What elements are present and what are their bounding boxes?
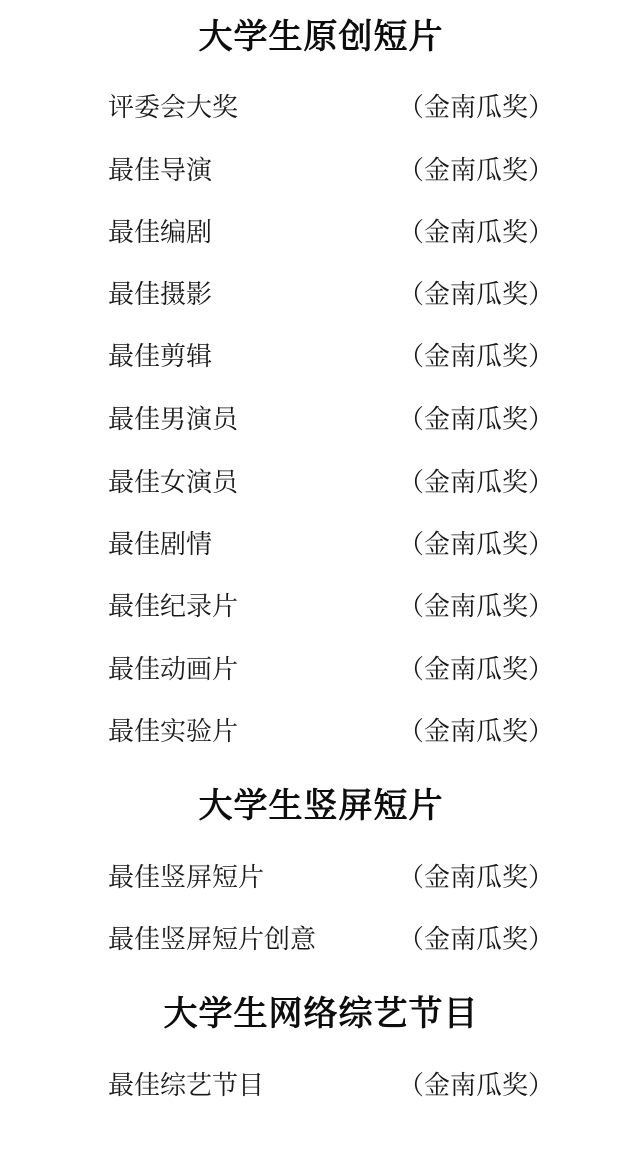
award-row: 最佳动画片 （金南瓜奖） bbox=[0, 652, 642, 688]
award-name: 最佳导演 bbox=[108, 153, 212, 189]
award-tag: （金南瓜奖） bbox=[398, 922, 544, 958]
award-row: 最佳综艺节目 （金南瓜奖） bbox=[0, 1068, 642, 1104]
award-row: 最佳实验片 （金南瓜奖） bbox=[0, 714, 642, 750]
award-tag: （金南瓜奖） bbox=[398, 153, 544, 189]
award-row: 评委会大奖 （金南瓜奖） bbox=[0, 90, 642, 126]
award-tag: （金南瓜奖） bbox=[398, 339, 544, 375]
award-row: 最佳导演 （金南瓜奖） bbox=[0, 153, 642, 189]
award-tag: （金南瓜奖） bbox=[398, 465, 544, 501]
award-tag: （金南瓜奖） bbox=[398, 589, 544, 625]
award-name: 最佳动画片 bbox=[108, 652, 238, 688]
award-row: 最佳女演员 （金南瓜奖） bbox=[0, 465, 642, 501]
award-row: 最佳纪录片 （金南瓜奖） bbox=[0, 589, 642, 625]
award-name: 最佳综艺节目 bbox=[108, 1068, 264, 1104]
award-tag: （金南瓜奖） bbox=[398, 277, 544, 313]
section-title: 大学生网络综艺节目 bbox=[0, 994, 642, 1034]
award-name: 最佳男演员 bbox=[108, 402, 238, 438]
award-name: 最佳剪辑 bbox=[108, 339, 212, 375]
award-name: 最佳竖屏短片 bbox=[108, 860, 264, 896]
award-row: 最佳编剧 （金南瓜奖） bbox=[0, 215, 642, 251]
award-name: 最佳纪录片 bbox=[108, 589, 238, 625]
section-title: 大学生竖屏短片 bbox=[0, 786, 642, 826]
award-row: 最佳竖屏短片 （金南瓜奖） bbox=[0, 860, 642, 896]
award-name: 最佳编剧 bbox=[108, 215, 212, 251]
award-tag: （金南瓜奖） bbox=[398, 215, 544, 251]
award-name: 最佳实验片 bbox=[108, 714, 238, 750]
award-tag: （金南瓜奖） bbox=[398, 652, 544, 688]
award-row: 最佳竖屏短片创意 （金南瓜奖） bbox=[0, 922, 642, 958]
section-title: 大学生原创短片 bbox=[0, 17, 642, 57]
award-tag: （金南瓜奖） bbox=[398, 714, 544, 750]
award-tag: （金南瓜奖） bbox=[398, 527, 544, 563]
award-tag: （金南瓜奖） bbox=[398, 860, 544, 896]
award-tag: （金南瓜奖） bbox=[398, 1068, 544, 1104]
award-name: 最佳女演员 bbox=[108, 465, 238, 501]
award-name: 最佳摄影 bbox=[108, 277, 212, 313]
award-row: 最佳男演员 （金南瓜奖） bbox=[0, 402, 642, 438]
award-tag: （金南瓜奖） bbox=[398, 90, 544, 126]
award-row: 最佳剪辑 （金南瓜奖） bbox=[0, 339, 642, 375]
award-row: 最佳摄影 （金南瓜奖） bbox=[0, 277, 642, 313]
award-name: 评委会大奖 bbox=[108, 90, 238, 126]
award-name: 最佳竖屏短片创意 bbox=[108, 922, 316, 958]
award-row: 最佳剧情 （金南瓜奖） bbox=[0, 527, 642, 563]
award-name: 最佳剧情 bbox=[108, 527, 212, 563]
award-tag: （金南瓜奖） bbox=[398, 402, 544, 438]
